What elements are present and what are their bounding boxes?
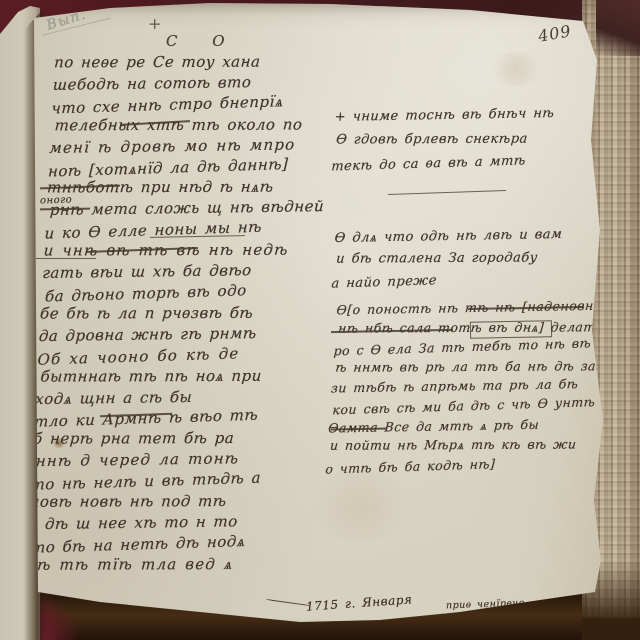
date-annotation: 1715 г. Января — [306, 592, 413, 613]
manuscript-line: текѣ до са ѳа вѣ а мтѣ — [331, 149, 552, 180]
left-text-column: по неѳе ре Се тоу ханашебодѣ на сотоѣ вт… — [25, 50, 350, 577]
manuscript-line: + чниме тоснѣ вѣ бнѣч нѣ — [334, 102, 555, 130]
paper-stain — [486, 52, 546, 86]
ink-underline-mark — [388, 190, 506, 195]
manuscript-line: тнѣботѣ при нѣд ѣ нѧѣ — [46, 177, 343, 199]
manuscript-line: новѣ новѣ нѣ под тѣ — [29, 491, 326, 513]
manuscript-line: нѣ тѣ тїѣ тла вед ѧ — [25, 553, 322, 575]
cross-mark: + — [148, 14, 161, 33]
photographed-manuscript: Вып. + С О 409 по неѳе ре Се тоу ханашеб… — [0, 0, 640, 640]
manuscript-line: бе бѣ ѣ ла п рчѳзвѣ бѣ — [39, 302, 336, 324]
manuscript-line: по неѳе ре Се тоу хана — [53, 51, 350, 73]
right-text-block-b: Ѳ длѧ что одѣ нѣ лвѣ и вами бѣ сталена З… — [331, 224, 563, 294]
manuscript-line: бытннаѣ тѣ пѣ ноѧ при — [40, 365, 333, 387]
cover-corner-top-right — [596, 0, 640, 56]
header-flourish: С О — [166, 32, 239, 50]
page-number: 409 — [537, 21, 573, 46]
manuscript-line: б нерѣ рна тет бѣ ра — [32, 428, 329, 450]
correction-box — [470, 320, 552, 338]
footer-flourish — [266, 599, 310, 607]
manuscript-line: Ѳ длѧ что одѣ нѣ лвѣ и вам — [334, 224, 563, 250]
ink-underline-mark — [36, 258, 96, 259]
manuscript-line: а найо преже — [331, 266, 560, 295]
manuscript-line: телебных хтѣ тѣ около по — [54, 114, 347, 136]
manuscript-line: ѣ ннмѣ вѣ рѣ ла тѣ ба нѣ дѣ завѣ — [335, 356, 616, 377]
manuscript-page: Вып. + С О 409 по неѳе ре Се тоу ханашеб… — [0, 0, 640, 640]
interlinear-insertion: оного — [40, 194, 73, 206]
right-text-block-a: + чниме тоснѣ вѣ бнѣч нѣѲ гдовѣ брлевѣ с… — [330, 102, 555, 178]
